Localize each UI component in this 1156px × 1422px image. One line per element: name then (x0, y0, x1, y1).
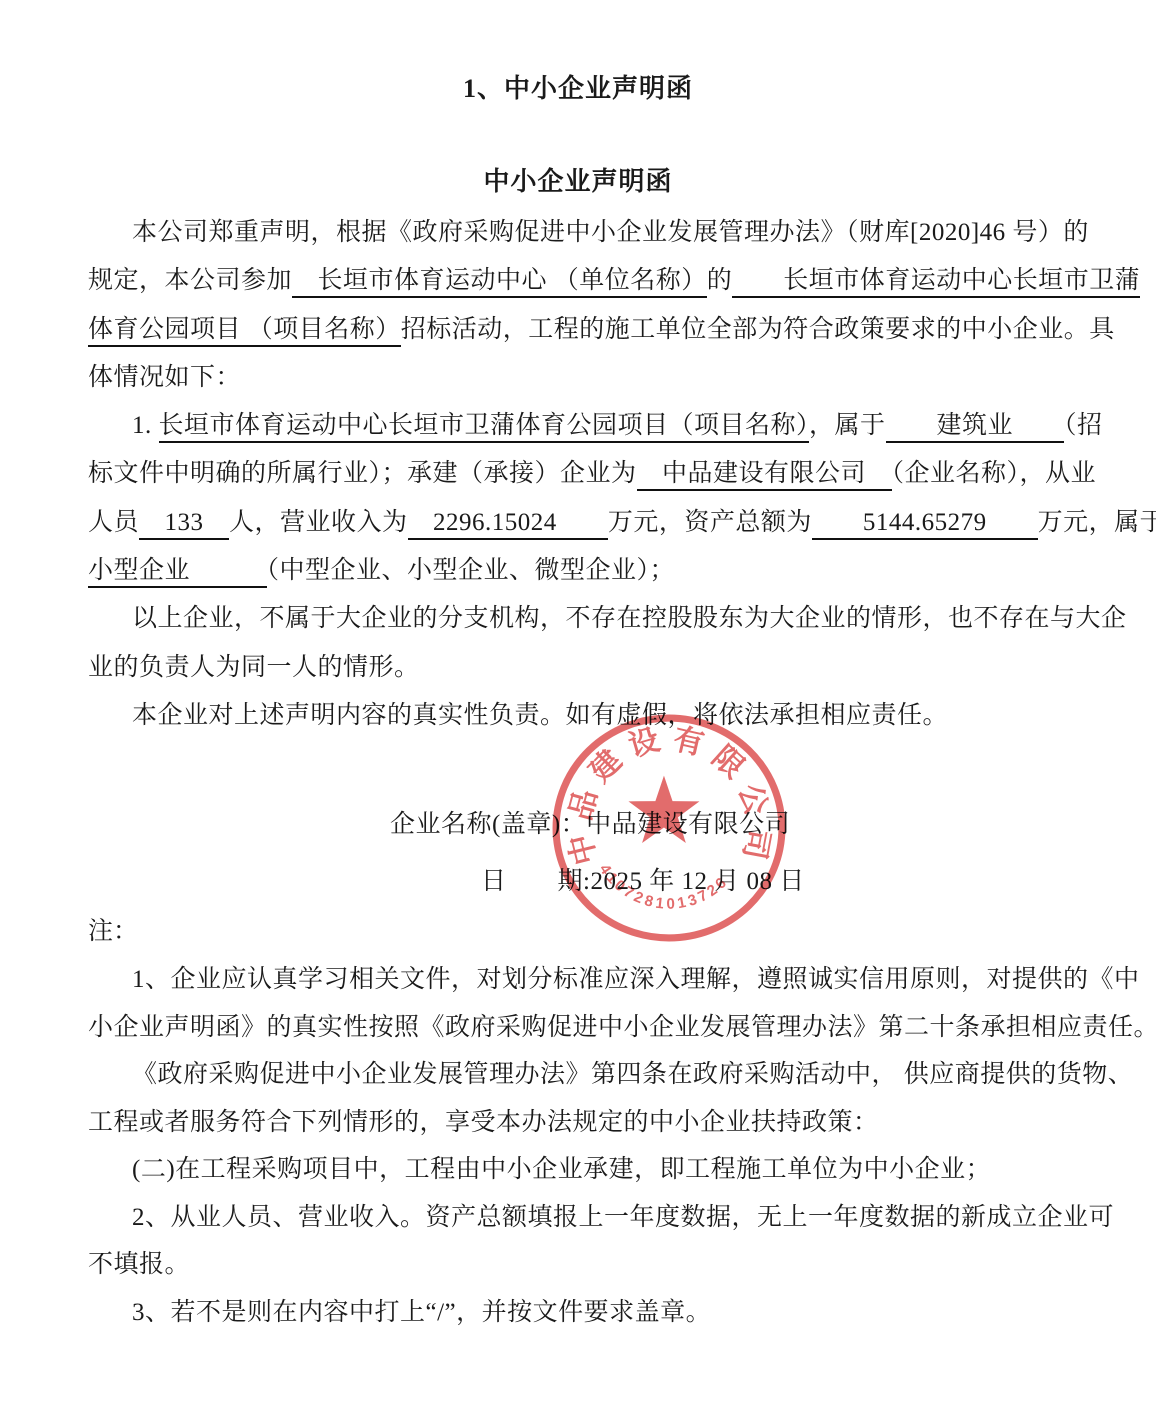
filled-blank: 长垣市体育运动中心长垣市卫蒲 (732, 267, 1140, 298)
document-line: 本公司郑重声明，根据《政府采购促进中小企业发展管理办法》（财库[2020]46 … (88, 212, 1073, 260)
company-seal-stamp: 中品建设有限公司 4107281013726 (549, 710, 789, 946)
text-segment: 万元，属于 (1038, 509, 1156, 536)
document-line: 1. 长垣市体育运动中心长垣市卫蒲体育公园项目（项目名称），属于 建筑业 （招 (88, 405, 1073, 453)
document-line: 业的负责人为同一人的情形。 (88, 647, 1073, 695)
text-segment: 人员 (88, 509, 139, 536)
text-segment: （招 (1064, 412, 1103, 439)
text-segment: 以上企业，不属于大企业的分支机构，不存在控股股东为大企业的情形，也不存在与大企 (132, 605, 1127, 632)
filled-blank: 建筑业 (886, 412, 1065, 443)
filled-blank: 长垣市体育运动中心长垣市卫蒲体育公园项目（项目名称） (159, 412, 810, 443)
text-segment: 的 (707, 267, 733, 294)
document-line: 以上企业，不属于大企业的分支机构，不存在控股股东为大企业的情形，也不存在与大企 (88, 598, 1073, 646)
note-line: 不填报。 (88, 1244, 1073, 1292)
declaration-body: 本公司郑重声明，根据《政府采购促进中小企业发展管理办法》（财库[2020]46 … (88, 212, 1073, 743)
main-title: 中小企业声明函 (0, 161, 1156, 198)
document-line: 标文件中明确的所属行业）；承建（承接）企业为 中品建设有限公司 （企业名称），从… (88, 453, 1073, 501)
text-segment: 招标活动，工程的施工单位全部为符合政策要求的中小企业。具 (401, 316, 1115, 343)
text-segment: 体情况如下： (88, 364, 241, 391)
text-segment: 人，营业收入为 (229, 509, 408, 536)
text-segment: ，属于 (809, 412, 886, 439)
note-line: 工程或者服务符合下列情形的，享受本办法规定的中小企业扶持政策： (88, 1102, 1073, 1150)
note-line: (二)在工程采购项目中，工程由中小企业承建，即工程施工单位为中小企业； (88, 1149, 1073, 1197)
note-line: 1、企业应认真学习相关文件，对划分标准应深入理解，遵照诚实信用原则，对提供的《中 (88, 959, 1073, 1007)
text-segment: 业的负责人为同一人的情形。 (88, 654, 420, 681)
text-segment: （企业名称），从业 (892, 460, 1097, 487)
filled-blank: 133 (139, 509, 229, 540)
note-line: 小企业声明函》的真实性按照《政府采购促进中小企业发展管理办法》第二十条承担相应责… (88, 1007, 1073, 1055)
filled-blank: 5144.65279 (812, 509, 1038, 540)
note-line: 3、若不是则在内容中打上“/”，并按文件要求盖章。 (88, 1292, 1073, 1340)
note-line: 《政府采购促进中小企业发展管理办法》第四条在政府采购活动中， 供应商提供的货物、 (88, 1054, 1073, 1102)
text-segment: 万元，资产总额为 (608, 509, 812, 536)
seal-star-icon (628, 776, 699, 843)
filled-blank: 长垣市体育运动中心 （单位名称） (292, 267, 707, 298)
document-line: 小型企业 （中型企业、小型企业、微型企业）； (88, 550, 1073, 598)
text-segment: 规定，本公司参加 (88, 267, 292, 294)
seal-serial-text: 4107281013726 (596, 861, 732, 913)
text-segment: 1. (132, 412, 159, 439)
text-segment: 本公司郑重声明，根据《政府采购促进中小企业发展管理办法》（财库[2020]46 … (132, 219, 1089, 246)
declaration-document-page: 1、中小企业声明函 中小企业声明函 本公司郑重声明，根据《政府采购促进中小企业发… (0, 0, 1156, 1422)
note-line: 2、从业人员、营业收入。资产总额填报上一年度数据，无上一年度数据的新成立企业可 (88, 1197, 1073, 1245)
document-line: 规定，本公司参加 长垣市体育运动中心 （单位名称）的 长垣市体育运动中心长垣市卫… (88, 260, 1073, 308)
filled-blank: 小型企业 (88, 557, 267, 588)
text-segment: 本企业对上述声明内容的真实性负责。如有虚假，将依法承担相应责任。 (132, 702, 948, 729)
notes-label: 注： (88, 911, 138, 947)
document-line: 体育公园项目 （项目名称）招标活动，工程的施工单位全部为符合政策要求的中小企业。… (88, 309, 1073, 357)
document-line: 体情况如下： (88, 357, 1073, 405)
filled-blank: 中品建设有限公司 (637, 460, 892, 491)
document-line: 人员 133 人，营业收入为 2296.15024 万元，资产总额为 5144.… (88, 502, 1073, 550)
filled-blank: 2296.15024 (408, 509, 608, 540)
text-segment: （中型企业、小型企业、微型企业）； (267, 557, 676, 584)
filled-blank: 体育公园项目 （项目名称） (88, 316, 401, 347)
text-segment: 标文件中明确的所属行业）；承建（承接）企业为 (88, 460, 637, 487)
notes-list: 1、企业应认真学习相关文件，对划分标准应深入理解，遵照诚实信用原则，对提供的《中… (88, 959, 1073, 1339)
svg-text:4107281013726: 4107281013726 (596, 861, 732, 913)
doc-index-title: 1、中小企业声明函 (0, 68, 1156, 105)
